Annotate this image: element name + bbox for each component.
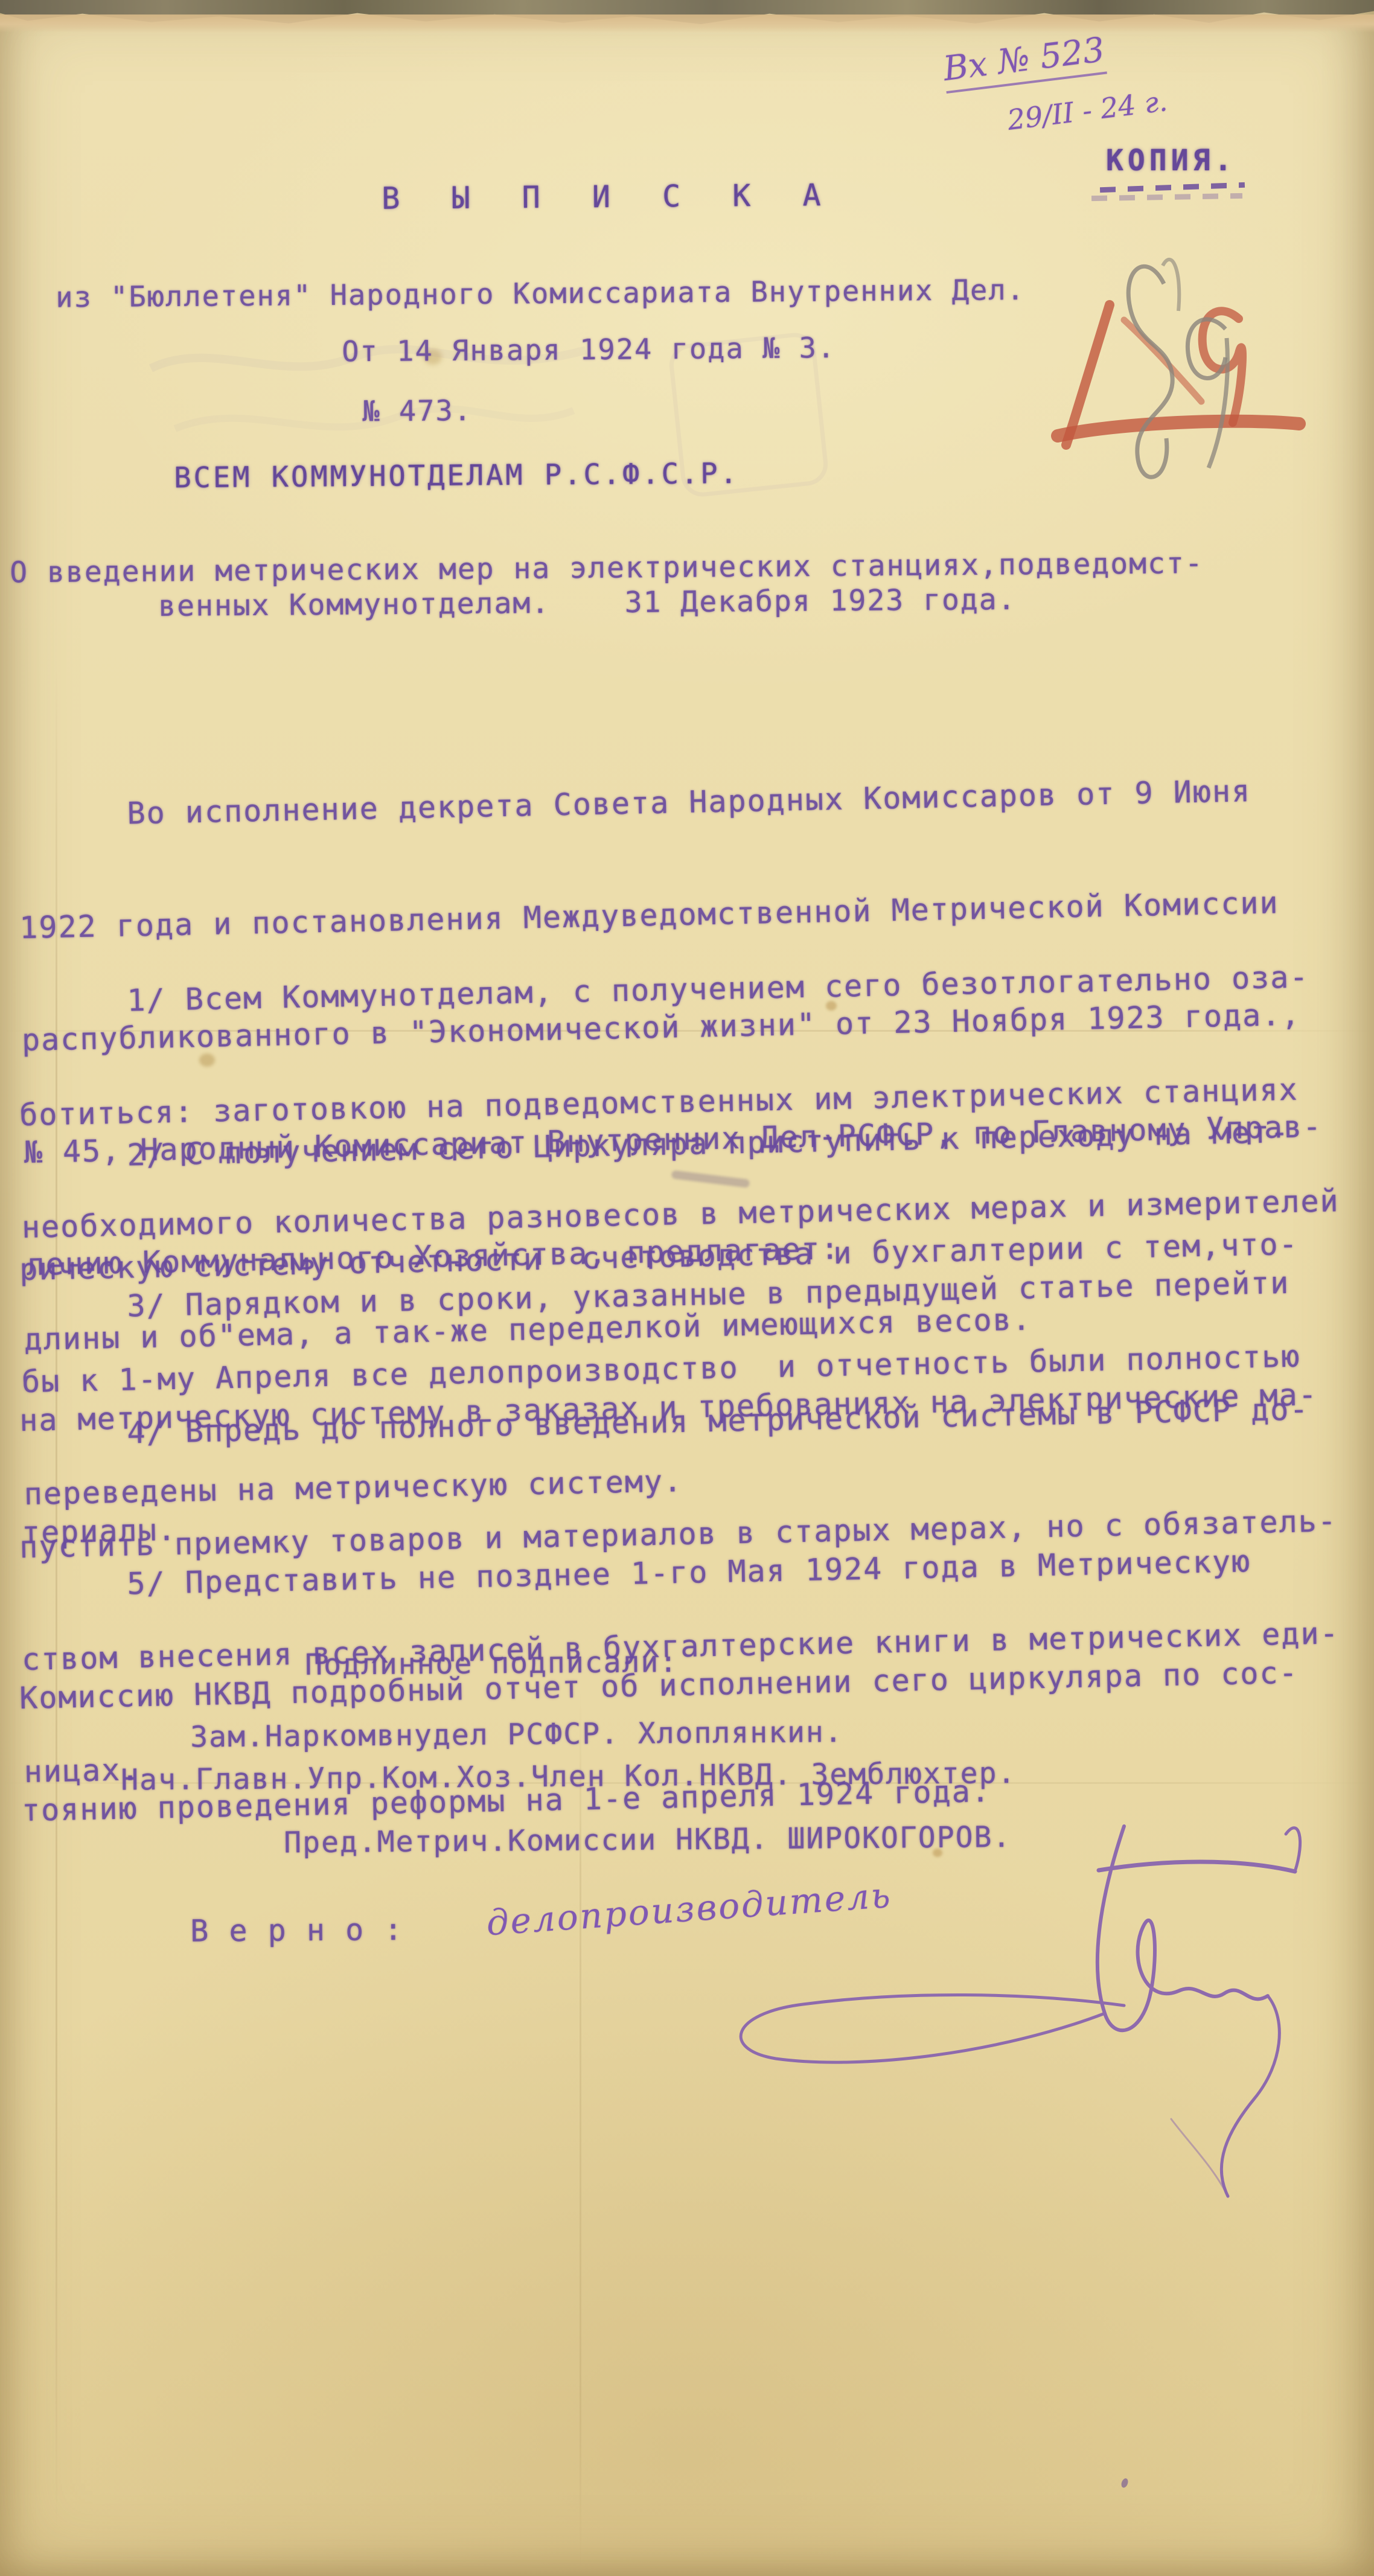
copy-label: КОПИЯ.: [1106, 144, 1236, 177]
signature-line-1: Зам.Наркомвнудел РСФСР. Хлоплянкин.: [190, 1713, 843, 1756]
typed-line: Комиссию НКВД подробный отчет об исполне…: [19, 1653, 1348, 1717]
typed-line: 4/ Впредь до полного введения метрическо…: [17, 1390, 1346, 1454]
doc-number: № 473.: [362, 392, 472, 430]
copy-underline-dashes: [1091, 193, 1242, 201]
verified-label: В е р н о :: [190, 1911, 404, 1950]
typed-line: 1/ Всем Коммунотделам, с получением сего…: [17, 957, 1346, 1021]
subject-line-2: венных Коммунотделам. 31 Декабря 1923 го…: [158, 581, 1017, 625]
incoming-number-text: Вх № 523: [941, 30, 1107, 94]
page-title: В Ы П И С К А: [382, 176, 838, 217]
document-page: Вх № 523 29/II - 24 г. КОПИЯ. В Ы П И С …: [0, 0, 1374, 2576]
date-line: От 14 Января 1924 года № 3.: [342, 330, 836, 371]
addressee-line: ВСЕМ КОММУНОТДЕЛАМ Р.С.Ф.С.Р.: [174, 455, 740, 497]
copy-underline-dashes: [1100, 182, 1245, 193]
typed-line: 3/ Парядком и в сроки, указанные в преды…: [17, 1263, 1346, 1327]
signature-line-2: Нач.Главн.Упр.Ком.Хоз.Член Кол.НКВД. Зем…: [121, 1754, 1017, 1799]
incoming-date-note: 29/II - 24 г.: [1006, 85, 1169, 136]
typed-line: 5/ Представить не позднее 1-го Мая 1924 …: [17, 1541, 1346, 1605]
paper-edge-shadow: [0, 14, 1374, 33]
typed-line: 2/ С получением сего Циркуляра приступит…: [17, 1112, 1346, 1176]
source-line: из "Бюллетеня" Народного Комиссариата Вн…: [56, 272, 1025, 317]
incoming-number-note: Вх № 523: [941, 30, 1107, 89]
red-registration-number: [1020, 254, 1334, 483]
clerk-signature: [664, 1805, 1358, 2240]
ink-fleck: [1120, 2478, 1130, 2488]
signed-label: Подлинное подписали:: [305, 1643, 678, 1684]
typed-line: Во исполнение декрета Совета Народных Ко…: [17, 770, 1346, 834]
